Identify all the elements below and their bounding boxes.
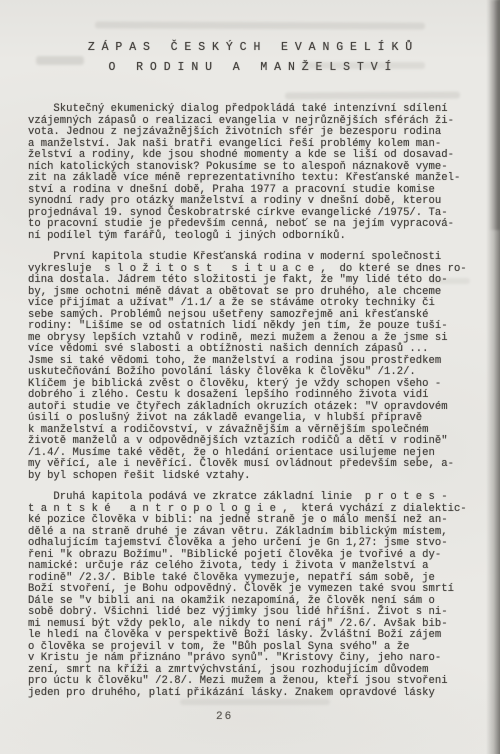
document-body: Skutečný ekumenický dialog předpokládá t… [28,104,472,709]
scanned-page: Z Á P A S Č E S K Ý C H E V A N G E L Í … [0,0,500,754]
text-line: dina dostala. Jádrem této složitosti je … [28,275,472,287]
text-line: synodní rady pro otázky manželství a rod… [28,196,472,208]
scan-edge-shadow [486,0,500,754]
text-line: rodiny: "Lišíme se od ostatních lidí něk… [28,321,472,333]
text-line: uskutečňování Božího povolání lásky člov… [28,367,472,379]
text-line: úsilí o poslušný život na základě evange… [28,413,472,425]
text-line: by byl schopen řešit lidské vztahy. [28,471,472,483]
text-line: životě manželů a v odpovědnějších vztazí… [28,436,472,448]
paragraph: Skutečný ekumenický dialog předpokládá t… [28,104,472,242]
text-line: sobě dobrý. Všichni lidé bez výjimky jso… [28,607,472,619]
text-line: namické: určuje ráz celého života, tedy … [28,561,472,573]
text-line: jeden pro druhého, platí přikázání lásky… [28,688,472,700]
text-line: Skutečný ekumenický dialog předpokládá t… [28,104,472,116]
title-line-2: O R O D I N U A M A N Ž E L S T V Í [0,58,500,78]
text-line: Boží stvoření, je Bohu odpovědný. Člověk… [28,584,472,596]
paragraph: Druhá kapitola podává ve zkratce základn… [28,492,472,699]
text-line: vota. Jednou z nejzávažnějších životních… [28,127,472,139]
text-line: želství a rodiny, kde jsou shodné moment… [28,150,472,162]
text-line: První kapitola studie Křesťanská rodina … [28,252,472,264]
text-line: více vědomi své slabosti a obtížnosti na… [28,344,472,356]
text-line: to pracovní studie je především cenná, n… [28,219,472,231]
text-line: dobrého i zlého. Cestu k dosažení lepšíh… [28,390,472,402]
page-number: 26 [216,711,233,723]
text-line: více přijímat a užívat" /1.1/ a že se st… [28,298,472,310]
text-line: le hledí na člověka v perspektivě Boží l… [28,630,472,642]
text-line: zit na základě více méně reprezentativní… [28,173,472,185]
text-line: v Kristu je nám přiznáno "právo synů". "… [28,653,472,665]
text-line: my věřící, ale i nevěřící. Člověk musí o… [28,459,472,471]
text-line: pro úctu k člověku" /2.8/. Mezi mužem a … [28,676,472,688]
paragraph: První kapitola studie Křesťanská rodina … [28,252,472,482]
document-title: Z Á P A S Č E S K Ý C H E V A N G E L Í … [0,0,500,78]
text-line: ní podílel tým farářů, teologů i jiných … [28,231,472,243]
text-line: ké pozice člověka v bibli: na jedné stra… [28,515,472,527]
text-line: odhalujícím tajemství člověka a jeho urč… [28,538,472,550]
title-line-1: Z Á P A S Č E S K Ý C H E V A N G E L Í … [0,38,500,58]
bleed-through-smudge [285,92,460,100]
text-line: Druhá kapitola podává ve zkratce základn… [28,492,472,504]
